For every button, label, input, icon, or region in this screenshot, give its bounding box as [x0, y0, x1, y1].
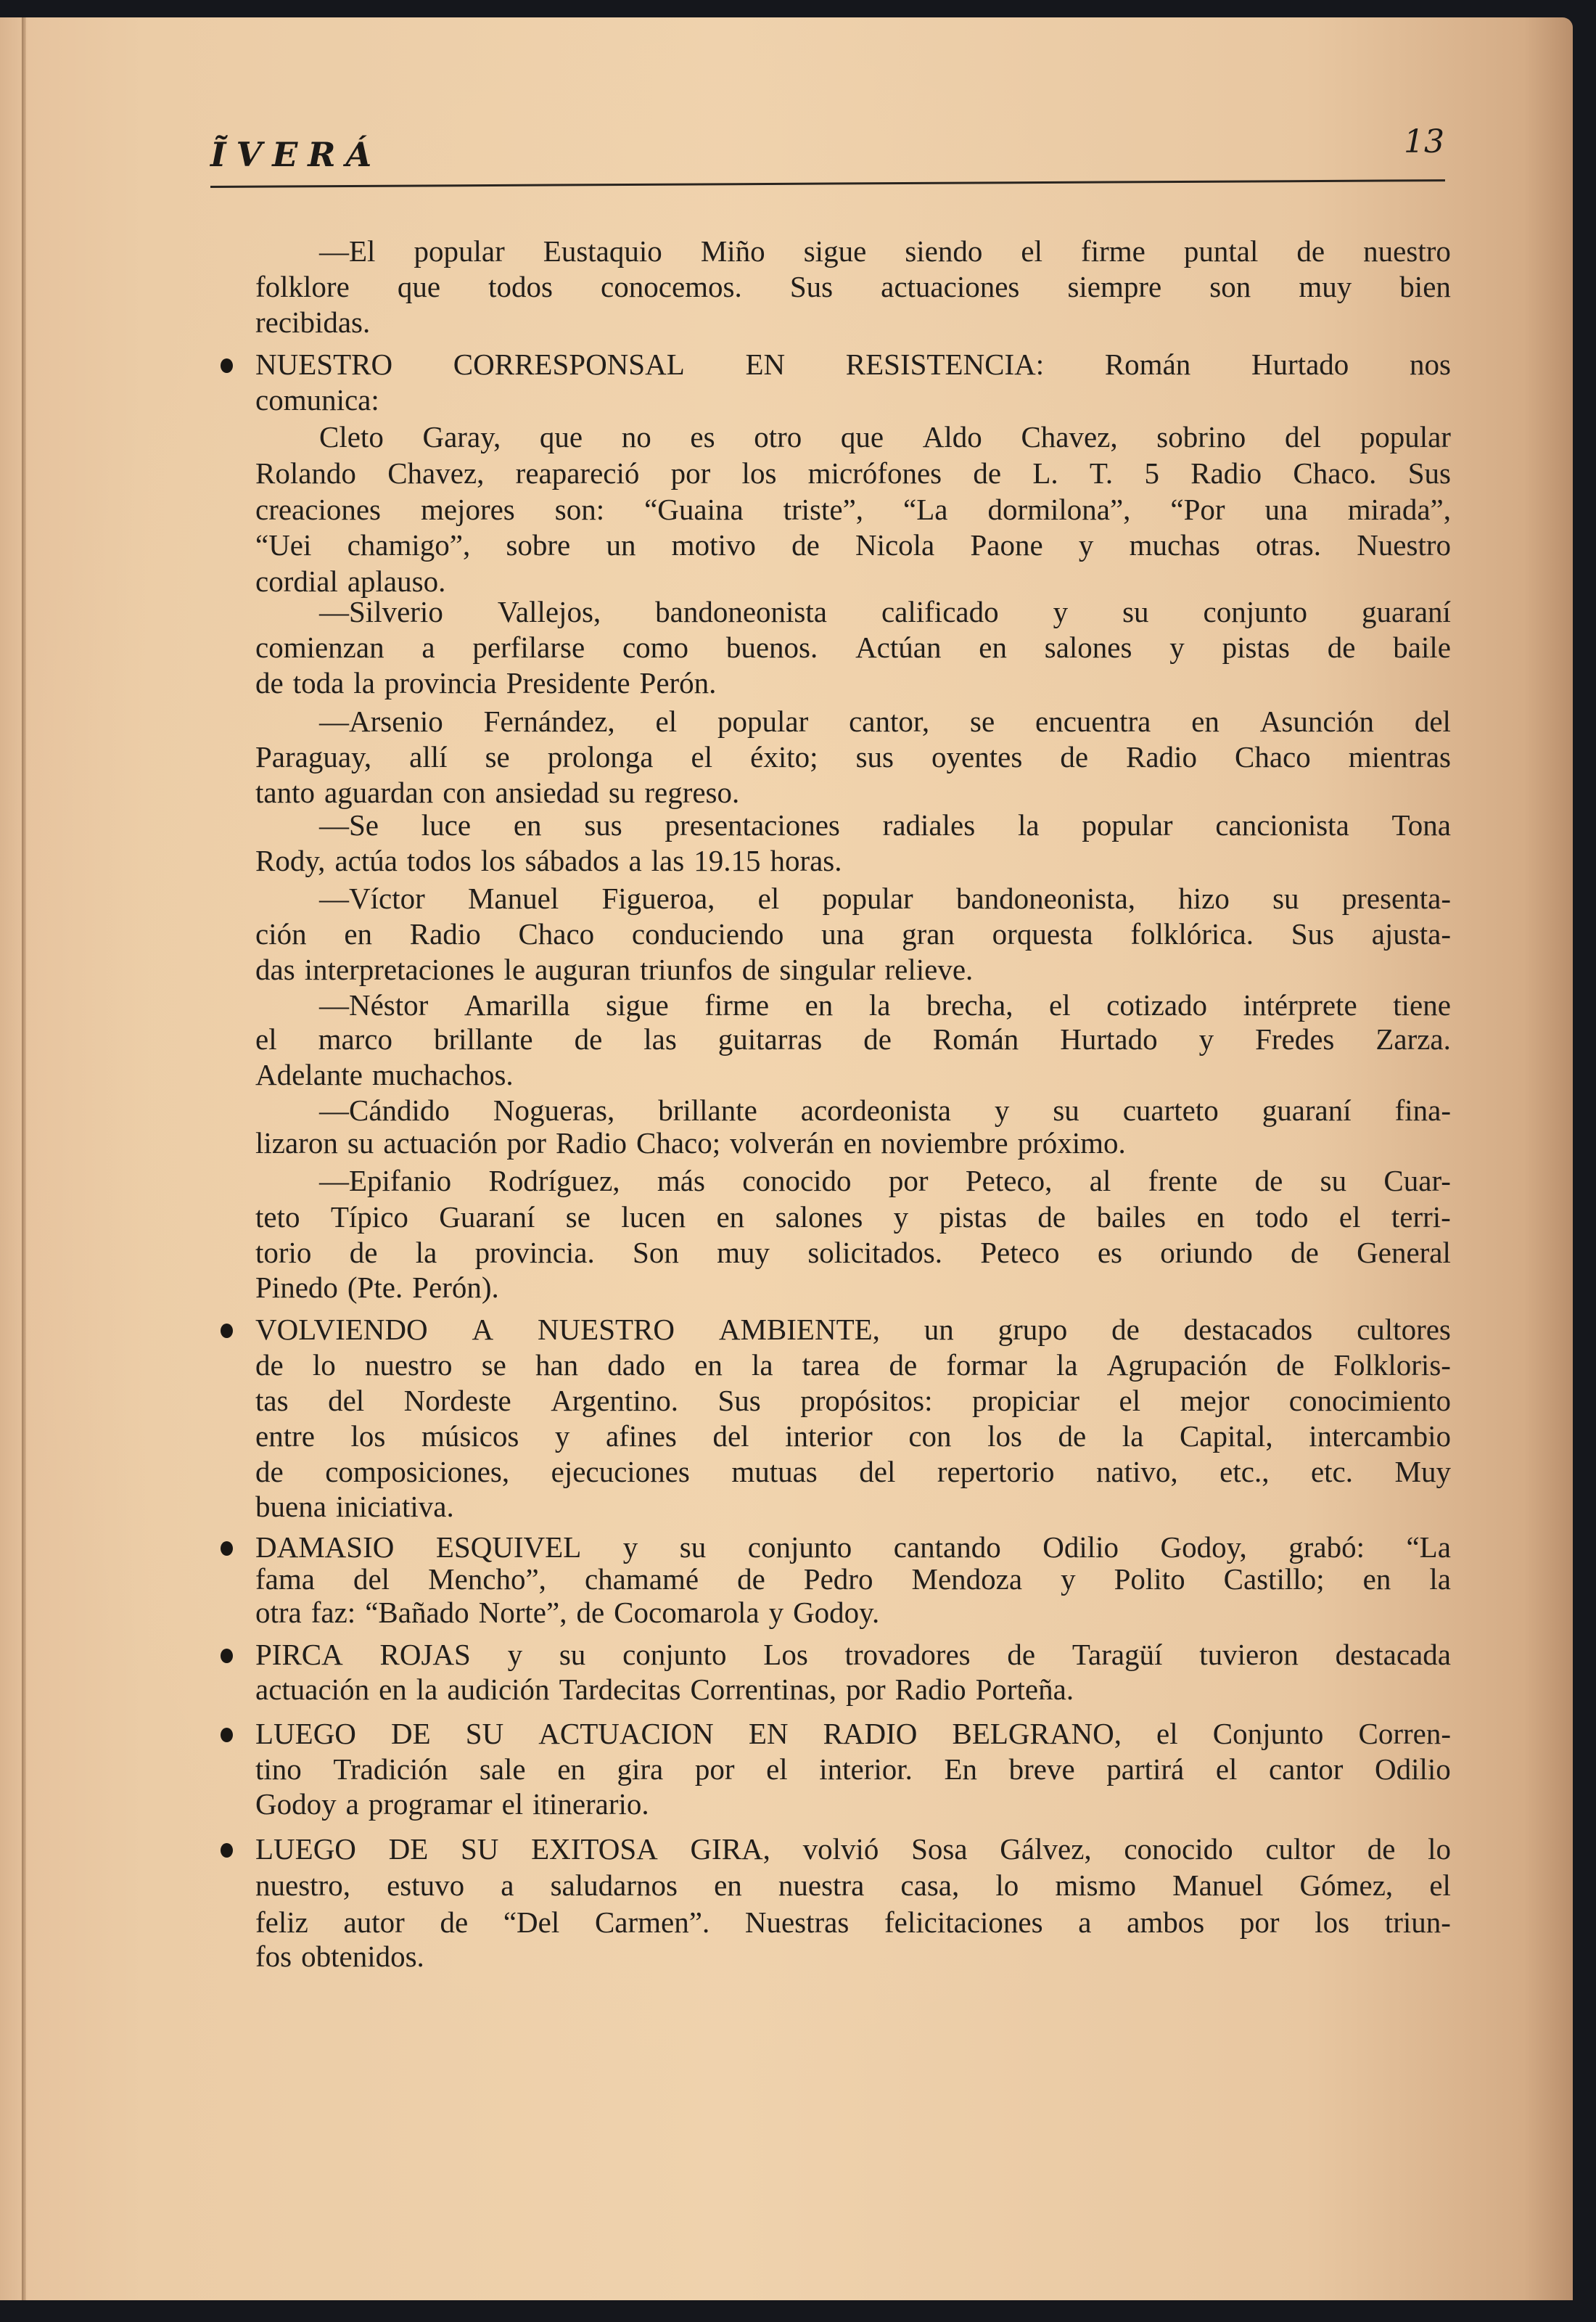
text-line: PIRCAROJASysuconjuntoLostrovadoresdeTara… — [255, 1637, 1451, 1672]
page-number: 13 — [1404, 123, 1444, 160]
text-line: buenainiciativa. — [255, 1489, 1451, 1524]
text-line: fosobtenidos. — [255, 1939, 1451, 1974]
text-line: LUEGODESUEXITOSAGIRA,volvióSosaGálvez,co… — [255, 1831, 1451, 1866]
text-line: —ArsenioFernández,elpopularcantor,seencu… — [319, 704, 1451, 739]
text-line: tinoTradiciónsaleengiraporelinterior.Enb… — [255, 1752, 1451, 1786]
text-line: folklorequetodosconocemos.Susactuaciones… — [255, 269, 1451, 304]
running-title: ĨVERÁ — [210, 135, 382, 174]
text-line: CletoGaray,quenoesotroqueAldoChavez,sobr… — [319, 419, 1451, 454]
bullet-icon — [221, 1649, 233, 1663]
text-line: —EpifanioRodríguez,másconocidoporPeteco,… — [319, 1163, 1451, 1198]
text-line: comienzanaperfilarsecomobuenos.Actúanens… — [255, 630, 1451, 665]
text-line: detodalaprovinciaPresidentePerón. — [255, 665, 1451, 700]
text-line: —VíctorManuelFigueroa,elpopularbandoneon… — [319, 881, 1451, 916]
text-line: Pinedo(Pte.Perón). — [255, 1270, 1451, 1305]
text-line: Adelantemuchachos. — [255, 1057, 1451, 1092]
text-line: ciónenRadioChacoconduciendounagranorques… — [255, 916, 1451, 951]
text-line: DAMASIOESQUIVELysuconjuntocantandoOdilio… — [255, 1530, 1451, 1564]
text-line: felizautorde“DelCarmen”.Nuestrasfelicita… — [255, 1905, 1451, 1940]
text-line: comunica: — [255, 382, 1451, 417]
text-line: dasinterpretacionesleaugurantriunfosdesi… — [255, 952, 1451, 987]
text-line: otrafaz:“BañadoNorte”,deCocomarolayGodoy… — [255, 1595, 1451, 1630]
text-line: Rody,actúatodoslossábadosalas19.15horas. — [255, 843, 1451, 878]
bullet-icon — [221, 1541, 233, 1556]
bullet-icon — [221, 1843, 233, 1858]
text-line: Godoyaprogramarelitinerario. — [255, 1786, 1451, 1821]
text-line: entrelosmúsicosyafinesdelinteriorconlosd… — [255, 1419, 1451, 1453]
text-line: NUESTROCORRESPONSALENRESISTENCIA:RománHu… — [255, 347, 1451, 382]
text-line: “Ueichamigo”,sobreunmotivodeNicolaPaoney… — [255, 528, 1451, 562]
text-line: LUEGODESUACTUACIONENRADIOBELGRANO,elConj… — [255, 1716, 1451, 1751]
text-line: —SilverioVallejos,bandoneonistacalificad… — [319, 594, 1451, 629]
bullet-icon — [221, 1728, 233, 1742]
text-line: tasdelNordesteArgentino.Suspropósitos:pr… — [255, 1383, 1451, 1418]
text-line: VOLVIENDOANUESTROAMBIENTE,ungrupodedesta… — [255, 1312, 1451, 1347]
text-line: Paraguay,allíseprolongaeléxito;susoyente… — [255, 739, 1451, 774]
text-line: —NéstorAmarillasiguefirmeenlabrecha,elco… — [319, 988, 1451, 1022]
text-line: cordialaplauso. — [255, 564, 1451, 599]
text-line: delonuestrosehandadoenlatareadeformarlaA… — [255, 1347, 1451, 1382]
bullet-icon — [221, 358, 233, 373]
bullet-icon — [221, 1324, 233, 1338]
text-line: recibidas. — [255, 305, 1451, 340]
text-line: RolandoChavez,reaparecióporlosmicrófones… — [255, 456, 1451, 491]
text-line: —ElpopularEustaquioMiñosiguesiendoelfirm… — [319, 234, 1451, 268]
text-line: tetoTípicoGuaraníselucenensalonesypistas… — [255, 1199, 1451, 1234]
binding-gutter — [22, 17, 26, 2300]
text-line: toriodelaprovincia.Sonmuysolicitados.Pet… — [255, 1235, 1451, 1270]
text-line: actuaciónenlaaudiciónTardecitasCorrentin… — [255, 1672, 1451, 1707]
text-line: elmarcobrillantedelasguitarrasdeRománHur… — [255, 1022, 1451, 1057]
text-line: nuestro,estuvoasaludarnosennuestracasa,l… — [255, 1868, 1451, 1903]
text-line: decomposiciones,ejecucionesmutuasdelrepe… — [255, 1454, 1451, 1489]
text-line: famadelMencho”,chamamédePedroMendozayPol… — [255, 1562, 1451, 1596]
text-line: creacionesmejoresson:“Guainatriste”,“Lad… — [255, 492, 1451, 527]
text-line: —CándidoNogueras,brillanteacordeonistays… — [319, 1093, 1451, 1128]
text-line: lizaronsuactuaciónporRadioChaco;volverán… — [255, 1125, 1451, 1160]
text-line: —Seluceensuspresentacionesradialeslapopu… — [319, 808, 1451, 842]
text-line: tantoaguardanconansiedadsuregreso. — [255, 775, 1451, 810]
